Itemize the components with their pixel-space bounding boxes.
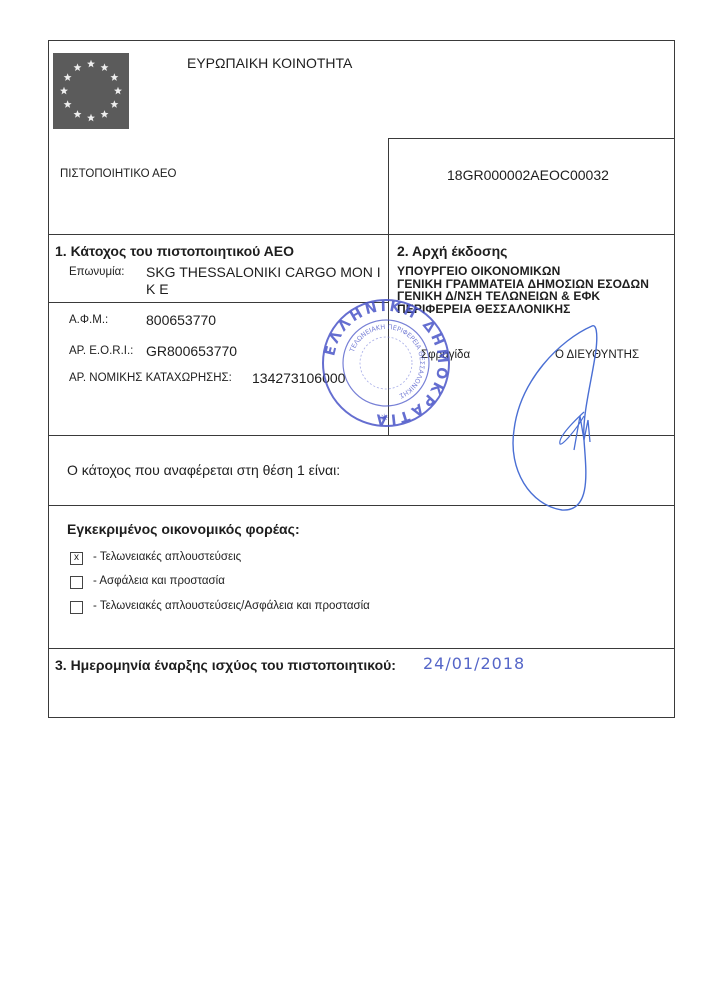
afm-value: 800653770 <box>146 312 216 328</box>
eori-value: GR800653770 <box>146 343 237 359</box>
holder-name-label: Επωνυμία: <box>69 266 124 278</box>
community-title: ΕΥΡΩΠΑΙΚΗ ΚΟΙΝΟΤΗΤΑ <box>187 55 352 71</box>
authority-heading: 2. Αρχή έκδοσης <box>397 243 507 259</box>
holder-name-line1: SKG THESSALONIKI CARGO MON I <box>146 264 381 280</box>
certificate-label: ΠΙΣΤΟΠΟΙΗΤΙΚΟ ΑΕΟ <box>60 168 176 180</box>
frame-bottom <box>48 717 674 718</box>
eori-label: ΑΡ. E.O.R.I.: <box>69 345 133 357</box>
operator-heading: Εγκεκριμένος οικονομικός φορέας: <box>67 521 300 537</box>
checkbox-customs-and-security[interactable] <box>70 601 83 614</box>
registry-label: ΑΡ. ΝΟΜΙΚΗΣ ΚΑΤΑΧΩΡΗΣΗΣ: <box>69 372 232 384</box>
director-signature <box>500 320 620 520</box>
official-stamp: ΕΛΛΗΝΙΚΗ ΔΗΜΟΚΡΑΤΙΑ ΤΕΛΩΝΕΙΑΚΗ ΠΕΡΙΦΕΡΕΙ… <box>318 295 454 431</box>
afm-label: Α.Φ.Μ.: <box>69 314 108 326</box>
certificate-number: 18GR000002AEOC00032 <box>447 167 609 183</box>
frame-right <box>674 40 675 718</box>
option-label: - Ασφάλεια και προστασία <box>93 575 225 587</box>
validity-date: 24/01/2018 <box>423 654 525 673</box>
holder-heading: 1. Κάτοχος του πιστοποιητικού ΑΕΟ <box>55 243 294 259</box>
frame-left <box>48 40 49 718</box>
divider-cert-number-top <box>388 138 674 139</box>
divider-section3 <box>48 648 674 649</box>
checkbox-security-safety[interactable] <box>70 576 83 589</box>
eu-flag-icon <box>53 53 129 129</box>
option-label: - Τελωνειακές απλουστεύσεις <box>93 551 241 563</box>
checkbox-customs-simplifications[interactable]: x <box>70 552 83 565</box>
svg-text:ΤΕΛΩΝΕΙΑΚΗ ΠΕΡΙΦΕΡΕΙΑ ΘΕΣΣΑΛΟΝ: ΤΕΛΩΝΕΙΑΚΗ ΠΕΡΙΦΕΡΕΙΑ ΘΕΣΣΑΛΟΝΙΚΗΣ <box>348 323 426 400</box>
svg-text:✳: ✳ <box>380 413 388 424</box>
holder-name-line2: K E <box>146 281 169 297</box>
status-text: Ο κάτοχος που αναφέρεται στη θέση 1 είνα… <box>67 462 340 478</box>
validity-heading: 3. Ημερομηνία έναρξης ισχύος του πιστοπο… <box>55 657 396 673</box>
authority-line: ΥΠΟΥΡΓΕΙΟ ΟΙΚΟΝΟΜΙΚΩΝ <box>397 265 649 278</box>
divider-section1 <box>48 234 674 235</box>
option-label: - Τελωνειακές απλουστεύσεις/Ασφάλεια και… <box>93 600 370 612</box>
frame-top <box>48 40 674 41</box>
